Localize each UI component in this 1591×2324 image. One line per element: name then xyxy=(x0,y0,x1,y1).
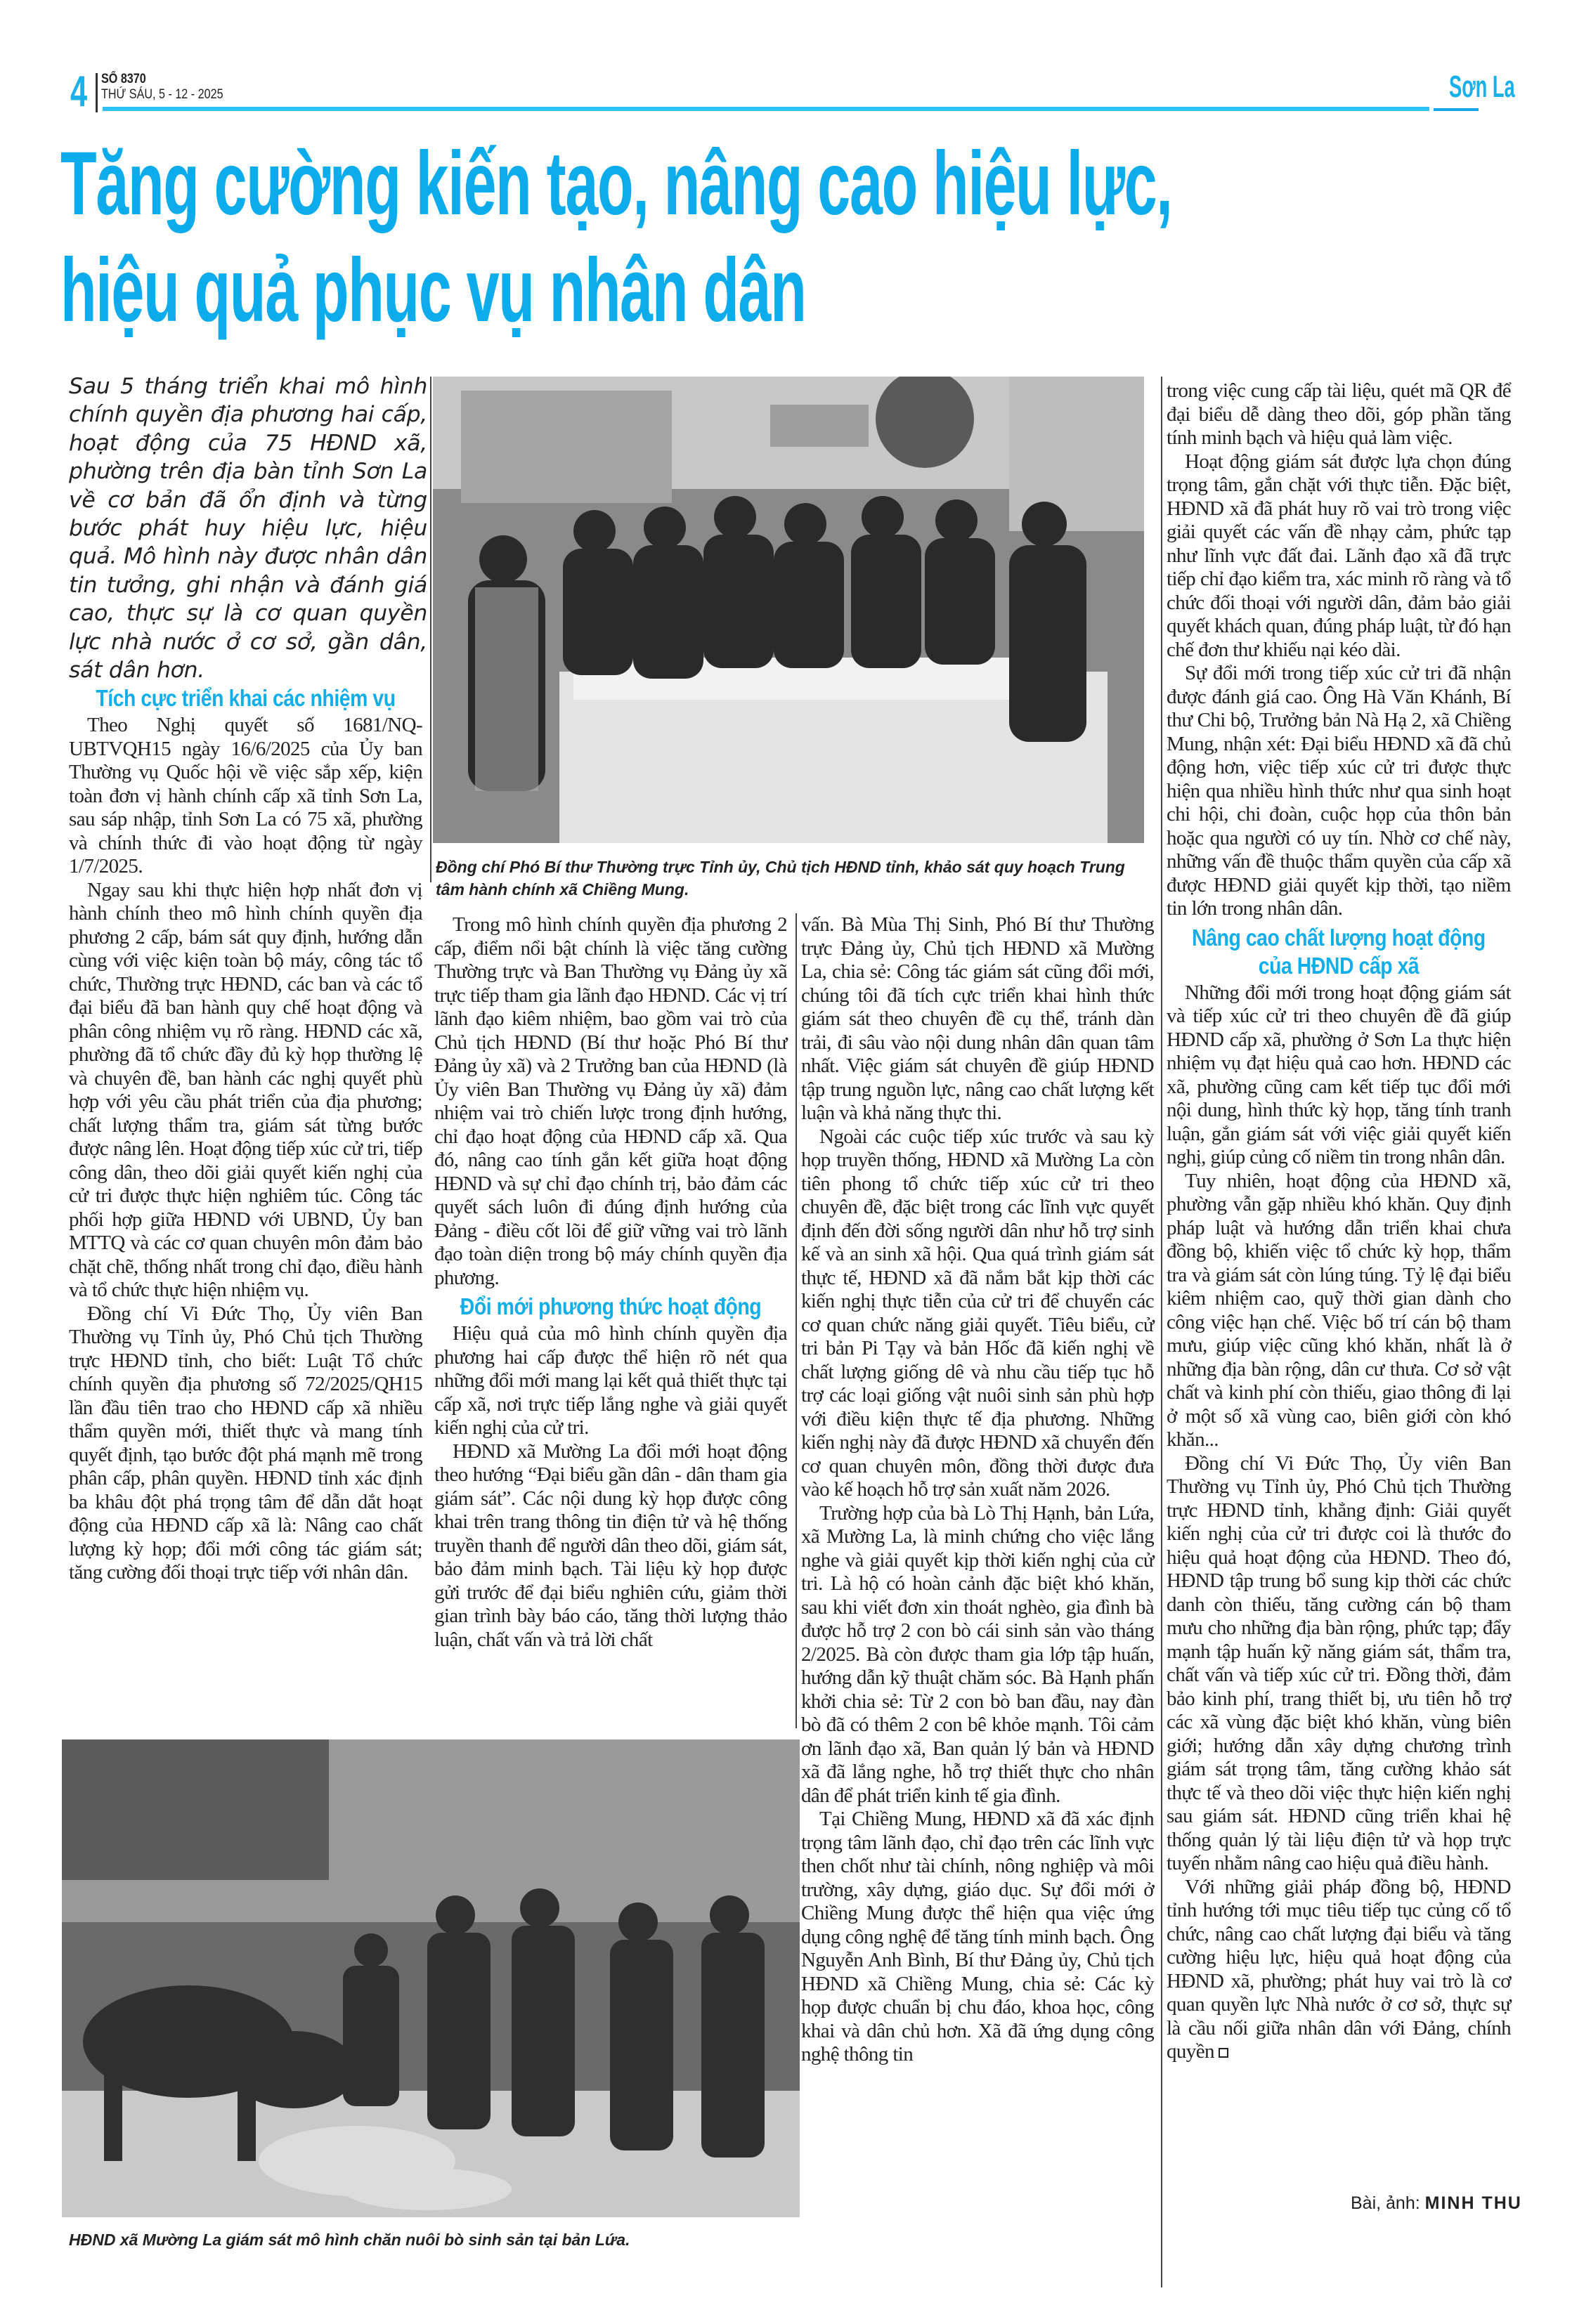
paragraph: Tuy nhiên, hoạt động của HĐND xã, phường… xyxy=(1167,1170,1511,1452)
article-column-1: Tích cực triển khai các nhiệm vụ Theo Ng… xyxy=(69,681,422,1585)
paragraph: Tại Chiềng Mung, HĐND xã đã xác định trọ… xyxy=(801,1808,1154,2067)
issue-info: SỐ 8370 THỨ SÁU, 5 - 12 - 2025 xyxy=(101,72,245,103)
subheading: Nâng cao chất lượng hoạt động của HĐND c… xyxy=(1190,924,1486,980)
paragraph: HĐND xã Mường La đổi mới hoạt động theo … xyxy=(434,1440,787,1652)
photo-image xyxy=(62,1739,800,2217)
paragraph: Với những giải pháp đồng bộ, HĐND tỉnh h… xyxy=(1167,1876,1511,2064)
photo-cattle-supervision xyxy=(62,1739,800,2217)
issue-number: SỐ 8370 xyxy=(101,72,223,87)
paragraph: Hiệu quả của mô hình chính quyền địa phư… xyxy=(434,1322,787,1440)
paragraph: Trong mô hình chính quyền địa phương 2 c… xyxy=(434,913,787,1290)
header-rule xyxy=(103,107,1429,111)
paragraph: Đồng chí Vi Đức Thọ, Ủy viên Ban Thường … xyxy=(69,1303,422,1585)
paragraph: Đồng chí Vi Đức Thọ, Ủy viên Ban Thường … xyxy=(1167,1452,1511,1876)
page-number: 4 xyxy=(70,72,87,112)
closing-paragraph: Với những giải pháp đồng bộ, HĐND tỉnh h… xyxy=(1167,1876,1511,2063)
photo-caption-1: Đồng chí Phó Bí thư Thường trực Tỉnh ủy,… xyxy=(436,856,1152,901)
paragraph: Hoạt động giám sát được lựa chọn đúng tr… xyxy=(1167,450,1511,662)
paragraph: Ngay sau khi thực hiện hợp nhất đơn vị h… xyxy=(69,879,422,1303)
article-column-4: trong việc cung cấp tài liệu, quét mã QR… xyxy=(1167,379,1511,2064)
paragraph: Sự đổi mới trong tiếp xúc cử tri đã nhận… xyxy=(1167,662,1511,921)
paragraph: Những đổi mới trong hoạt động giám sát v… xyxy=(1167,981,1511,1170)
section-label: Sơn La xyxy=(1449,72,1515,103)
byline: Bài, ảnh: MINH THU xyxy=(1351,2193,1522,2214)
article-lead: Sau 5 tháng triển khai mô hình chính quy… xyxy=(69,372,427,684)
subheading: Tích cực triển khai các nhiệm vụ xyxy=(93,684,398,712)
section-rule xyxy=(1434,108,1479,111)
paragraph: Trường hợp của bà Lò Thị Hạnh, bản Lứa, … xyxy=(801,1502,1154,1808)
article-column-3: vấn. Bà Mùa Thị Sinh, Phó Bí thư Thường … xyxy=(801,913,1154,2067)
photo-officials-survey xyxy=(433,377,1144,843)
headline-line-2: hiệu quả phục vụ nhân dân xyxy=(60,237,1034,344)
article-column-2: Trong mô hình chính quyền địa phương 2 c… xyxy=(434,913,787,1652)
column-divider xyxy=(1161,377,1162,2287)
column-divider xyxy=(430,377,431,882)
masthead: 4 SỐ 8370 THỨ SÁU, 5 - 12 - 2025 Sơn La xyxy=(70,70,1511,112)
byline-author: MINH THU xyxy=(1425,2193,1522,2213)
article-headline: Tăng cường kiến tạo, nâng cao hiệu lực, … xyxy=(60,131,1034,344)
paragraph: Theo Nghị quyết số 1681/NQ-UBTVQH15 ngày… xyxy=(69,714,422,879)
issue-date: THỨ SÁU, 5 - 12 - 2025 xyxy=(101,87,223,103)
divider xyxy=(96,73,98,112)
end-mark-icon xyxy=(1219,2048,1228,2058)
subheading: Đổi mới phương thức hoạt động xyxy=(459,1293,762,1321)
photo-caption-2: HĐND xã Mường La giám sát mô hình chăn n… xyxy=(69,2228,800,2251)
photo-image xyxy=(433,377,1144,843)
paragraph: Ngoài các cuộc tiếp xúc trước và sau kỳ … xyxy=(801,1125,1154,1502)
paragraph: vấn. Bà Mùa Thị Sinh, Phó Bí thư Thường … xyxy=(801,913,1154,1125)
headline-line-1: Tăng cường kiến tạo, nâng cao hiệu lực, xyxy=(60,131,1034,237)
paragraph: trong việc cung cấp tài liệu, quét mã QR… xyxy=(1167,379,1511,450)
byline-prefix: Bài, ảnh: xyxy=(1351,2193,1420,2213)
column-divider xyxy=(795,913,797,1728)
